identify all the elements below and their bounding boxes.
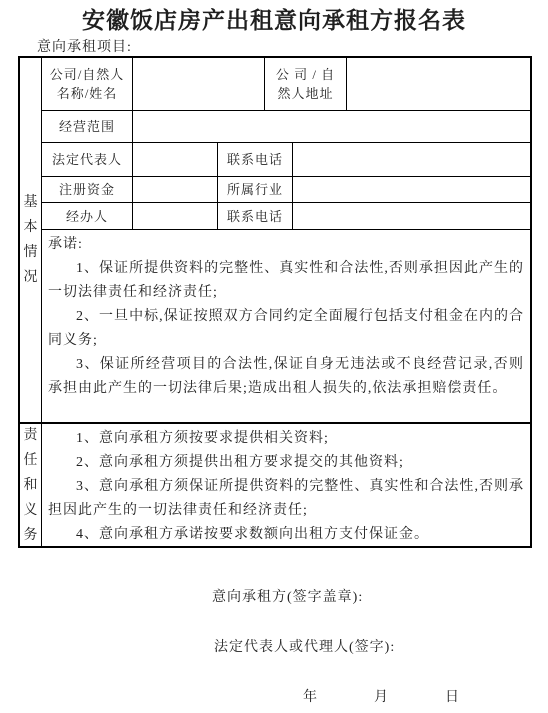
registered-capital-label: 注册资金 <box>42 177 133 203</box>
promise-item: 3、保证所经营项目的合法性,保证自身无违法或不良经营记录,否则承担由此产生的一切… <box>48 353 524 401</box>
document-page: 安徽饭店房产出租意向承租方报名表 意向承租项目: 基本情况 责任和义务 公司/自… <box>0 0 548 713</box>
duty-item: 4、意向承租方承诺按要求数额向出租方支付保证金。 <box>48 523 524 547</box>
section-header-duties-text: 责任和义务 <box>23 423 38 548</box>
applicant-name-field[interactable] <box>133 58 265 111</box>
handler-field[interactable] <box>133 203 218 230</box>
tenant-signature-label: 意向承租方(签字盖章): <box>212 586 363 606</box>
applicant-name-label: 公司/自然人 名称/姓名 <box>42 58 133 111</box>
industry-field[interactable] <box>293 177 530 203</box>
applicant-address-field[interactable] <box>347 58 530 111</box>
month-label: 月 <box>374 686 388 706</box>
handler-phone-field[interactable] <box>293 203 530 230</box>
date-line: 年 月 日 <box>303 686 459 706</box>
promise-item: 2、一旦中标,保证按照双方合同约定全面履行包括支付租金在内的合同义务; <box>48 305 524 353</box>
applicant-address-label: 公 司 / 自 然人地址 <box>265 58 347 111</box>
legal-rep-phone-label: 联系电话 <box>218 143 293 177</box>
promise-block: 承诺: 1、保证所提供资料的完整性、真实性和合法性,否则承担因此产生的一切法律责… <box>42 230 530 424</box>
duties-block: 1、意向承租方须按要求提供相关资料; 2、意向承租方须提供出租方要求提交的其他资… <box>42 424 530 546</box>
handler-label: 经办人 <box>42 203 133 230</box>
section-header-basic-info-text: 基本情况 <box>23 190 38 290</box>
registered-capital-field[interactable] <box>133 177 218 203</box>
business-scope-field[interactable] <box>133 111 530 143</box>
legal-rep-phone-field[interactable] <box>293 143 530 177</box>
day-label: 日 <box>445 686 459 706</box>
duty-item: 3、意向承租方须保证所提供资料的完整性、真实性和合法性,否则承担因此产生的一切法… <box>48 475 524 523</box>
legal-representative-label: 法定代表人 <box>42 143 133 177</box>
business-scope-label: 经营范围 <box>42 111 133 143</box>
legal-representative-field[interactable] <box>133 143 218 177</box>
application-form-table: 基本情况 责任和义务 公司/自然人 名称/姓名 公 司 / 自 然人地址 经营范… <box>18 56 532 548</box>
promise-item: 1、保证所提供资料的完整性、真实性和合法性,否则承担因此产生的一切法律责任和经济… <box>48 257 524 305</box>
duty-item: 1、意向承租方须按要求提供相关资料; <box>48 427 524 451</box>
project-field-label: 意向承租项目: <box>37 36 132 56</box>
section-header-basic-info: 基本情况 <box>20 58 42 424</box>
promise-heading: 承诺: <box>48 233 524 257</box>
duty-item: 2、意向承租方须提供出租方要求提交的其他资料; <box>48 451 524 475</box>
page-title: 安徽饭店房产出租意向承租方报名表 <box>0 2 548 35</box>
legal-rep-signature-label: 法定代表人或代理人(签字): <box>214 636 395 656</box>
section-header-duties: 责任和义务 <box>20 424 42 546</box>
industry-label: 所属行业 <box>218 177 293 203</box>
handler-phone-label: 联系电话 <box>218 203 293 230</box>
year-label: 年 <box>303 686 317 706</box>
